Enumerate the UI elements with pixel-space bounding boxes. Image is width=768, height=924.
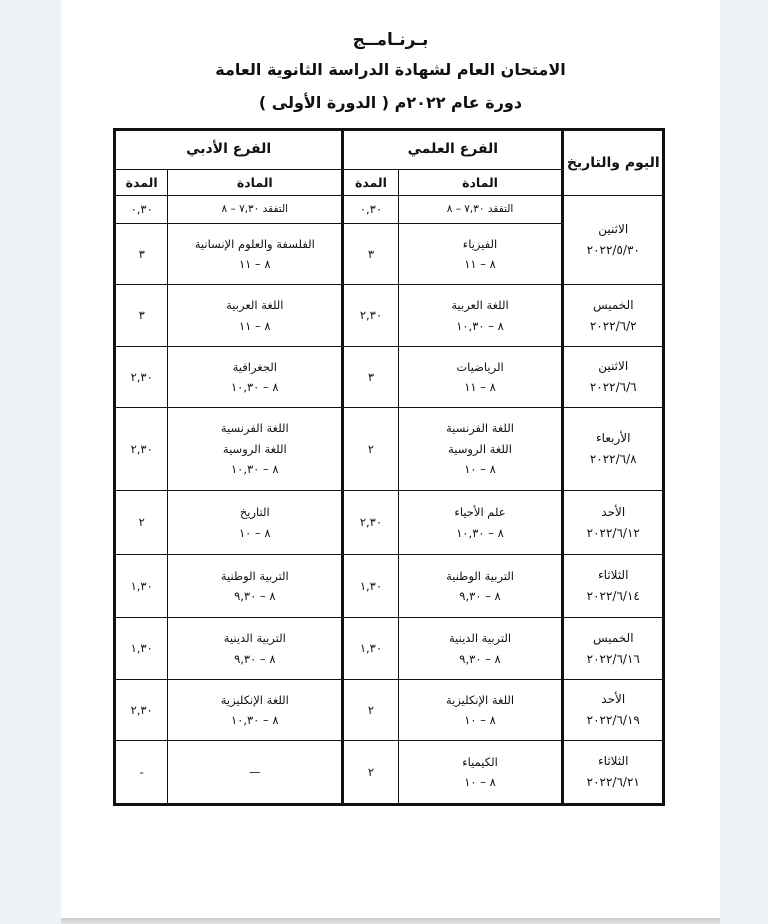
science-duration-cell: ٢	[343, 408, 398, 491]
table-row: الثلاثاء٢٠٢٢/٦/٢١الكيمياء٨ – ١٠٢—-	[115, 741, 664, 805]
science-check-in-duration: ٠,٣٠	[343, 196, 398, 224]
literary-check-in-duration: ٠,٣٠	[115, 196, 168, 224]
day-cell: الأربعاء٢٠٢٢/٦/٨	[563, 408, 664, 491]
literary-subject-cell: اللغة العربية٨ – ١١	[168, 285, 343, 347]
science-duration-cell: ٢,٣٠	[343, 285, 398, 347]
day-cell: الخميس٢٠٢٢/٦/١٦	[563, 618, 664, 680]
day-date: ٢٠٢٢/٦/٢١	[564, 775, 662, 790]
science-subject-cell: اللغة العربية٨ – ١٠,٣٠	[398, 285, 563, 347]
literary-subject-cell: التربية الوطنية٨ – ٩,٣٠	[168, 555, 343, 618]
day-name: الأحد	[564, 505, 662, 520]
literary-subject-name: اللغة الفرنسية	[168, 421, 341, 435]
document-subtitle: الامتحان العام لشهادة الدراسة الثانوية ا…	[61, 60, 720, 79]
literary-subject-name: التربية الدينية	[168, 631, 341, 645]
science-subject-cell: الفيزياء٨ – ١١	[398, 224, 563, 285]
day-name: الاثنين	[564, 222, 662, 237]
document-session: دورة عام ٢٠٢٢م ( الدورة الأولى )	[61, 93, 720, 112]
exam-schedule-table: اليوم والتاريخ الفرع العلمي الفرع الأدبي…	[113, 128, 665, 806]
science-exam-time: ٨ – ٩,٣٠	[399, 589, 562, 603]
literary-exam-time: ٨ – ١٠,٣٠	[168, 713, 341, 727]
table-row: الأحد٢٠٢٢/٦/١٩اللغة الإنكليزية٨ – ١٠٢الل…	[115, 680, 664, 741]
science-exam-time: ٨ – ٩,٣٠	[399, 652, 562, 666]
science-subject-name: التربية الوطنية	[399, 569, 562, 583]
table-row: الثلاثاء٢٠٢٢/٦/١٤التربية الوطنية٨ – ٩,٣٠…	[115, 555, 664, 618]
literary-subject-name: —	[168, 765, 341, 779]
day-cell: الثلاثاء٢٠٢٢/٦/٢١	[563, 741, 664, 805]
literary-duration-cell: ١,٣٠	[115, 618, 168, 680]
literary-subject-name: اللغة العربية	[168, 298, 341, 312]
science-subject-cell: اللغة الفرنسيةاللغة الروسية٨ – ١٠	[398, 408, 563, 491]
literary-subject-cell: التاريخ٨ – ١٠	[168, 491, 343, 555]
day-date: ٢٠٢٢/٦/١٩	[564, 713, 662, 728]
science-subject-cell: اللغة الإنكليزية٨ – ١٠	[398, 680, 563, 741]
literary-subject-name-alt: اللغة الروسية	[168, 442, 341, 456]
day-name: الأربعاء	[564, 431, 662, 446]
science-subject-name: التربية الدينية	[399, 631, 562, 645]
day-name: الاثنين	[564, 359, 662, 374]
science-duration-cell: ١,٣٠	[343, 618, 398, 680]
day-name: الأحد	[564, 692, 662, 707]
table-row: الخميس٢٠٢٢/٦/١٦التربية الدينية٨ – ٩,٣٠١,…	[115, 618, 664, 680]
science-subject-cell: الرياضيات٨ – ١١	[398, 347, 563, 408]
science-exam-time: ٨ – ١٠	[399, 713, 562, 727]
science-exam-time: ٨ – ١١	[399, 257, 562, 271]
table-row: الأربعاء٢٠٢٢/٦/٨اللغة الفرنسيةاللغة الرو…	[115, 408, 664, 491]
science-duration-cell: ١,٣٠	[343, 555, 398, 618]
literary-duration-cell: ١,٣٠	[115, 555, 168, 618]
literary-duration-cell: ٢	[115, 491, 168, 555]
day-cell: الاثنين ٢٠٢٢/٥/٣٠	[563, 196, 664, 285]
science-subject-name: اللغة العربية	[399, 298, 562, 312]
literary-subject-cell: —	[168, 741, 343, 805]
day-name: الثلاثاء	[564, 754, 662, 769]
literary-subject-name: الجغرافية	[168, 360, 341, 374]
science-subject-cell: الكيمياء٨ – ١٠	[398, 741, 563, 805]
literary-exam-time: ٨ – ١١	[168, 257, 341, 271]
science-check-in: التفقد ٧,٣٠ – ٨	[398, 196, 563, 224]
day-cell: الخميس٢٠٢٢/٦/٢	[563, 285, 664, 347]
literary-exam-time: ٨ – ١٠	[168, 526, 341, 540]
science-subject-name: اللغة الفرنسية	[399, 421, 562, 435]
science-exam-time: ٨ – ١٠,٣٠	[399, 319, 562, 333]
literary-duration-cell: ٢,٣٠	[115, 347, 168, 408]
literary-exam-time: ٨ – ٩,٣٠	[168, 652, 341, 666]
science-duration-cell: ٢	[343, 680, 398, 741]
literary-exam-time: ٨ – ١٠,٣٠	[168, 462, 341, 476]
literary-subject-cell: الجغرافية٨ – ١٠,٣٠	[168, 347, 343, 408]
science-subject-name-alt: اللغة الروسية	[399, 442, 562, 456]
science-subject-cell: علم الأحياء٨ – ١٠,٣٠	[398, 491, 563, 555]
day-cell: الاثنين٢٠٢٢/٦/٦	[563, 347, 664, 408]
science-exam-time: ٨ – ١١	[399, 380, 562, 394]
header-science-branch: الفرع العلمي	[343, 130, 563, 170]
day-date: ٢٠٢٢/٦/٦	[564, 380, 662, 395]
header-day-date: اليوم والتاريخ	[563, 130, 664, 196]
literary-duration-cell: ٣	[115, 285, 168, 347]
literary-duration-cell: -	[115, 741, 168, 805]
table-row: الأحد٢٠٢٢/٦/١٢علم الأحياء٨ – ١٠,٣٠٢,٣٠ال…	[115, 491, 664, 555]
literary-subject-cell: اللغة الإنكليزية٨ – ١٠,٣٠	[168, 680, 343, 741]
document-title: بـرنـامــج	[61, 30, 720, 50]
literary-duration-cell: ٢,٣٠	[115, 408, 168, 491]
header-literary-branch: الفرع الأدبي	[115, 130, 343, 170]
literary-exam-time: ٨ – ١٠,٣٠	[168, 380, 341, 394]
science-duration-cell: ٣	[343, 347, 398, 408]
day-cell: الثلاثاء٢٠٢٢/٦/١٤	[563, 555, 664, 618]
literary-check-in: التفقد ٧,٣٠ – ٨	[168, 196, 343, 224]
science-exam-time: ٨ – ١٠	[399, 462, 562, 476]
science-subject-cell: التربية الوطنية٨ – ٩,٣٠	[398, 555, 563, 618]
literary-subject-cell: التربية الدينية٨ – ٩,٣٠	[168, 618, 343, 680]
literary-duration-cell: ٢,٣٠	[115, 680, 168, 741]
day-cell: الأحد٢٠٢٢/٦/١٢	[563, 491, 664, 555]
science-subject-name: الفيزياء	[399, 237, 562, 251]
literary-duration-cell: ٣	[115, 224, 168, 285]
literary-subject-name: اللغة الإنكليزية	[168, 693, 341, 707]
science-subject-name: الكيمياء	[399, 755, 562, 769]
header-science-subject: المادة	[398, 170, 563, 196]
literary-subject-name: الفلسفة والعلوم الإنسانية	[168, 237, 341, 251]
day-date: ٢٠٢٢/٦/٨	[564, 452, 662, 467]
literary-exam-time: ٨ – ١١	[168, 319, 341, 333]
day-name: الخميس	[564, 631, 662, 646]
table-row: الخميس٢٠٢٢/٦/٢اللغة العربية٨ – ١٠,٣٠٢,٣٠…	[115, 285, 664, 347]
literary-subject-name: التربية الوطنية	[168, 569, 341, 583]
day-date: ٢٠٢٢/٥/٣٠	[564, 243, 662, 258]
day-date: ٢٠٢٢/٦/١٦	[564, 652, 662, 667]
science-exam-time: ٨ – ١٠,٣٠	[399, 526, 562, 540]
science-subject-name: علم الأحياء	[399, 505, 562, 519]
science-subject-cell: التربية الدينية٨ – ٩,٣٠	[398, 618, 563, 680]
science-duration-cell: ٢	[343, 741, 398, 805]
science-subject-name: الرياضيات	[399, 360, 562, 374]
science-duration-cell: ٢,٣٠	[343, 491, 398, 555]
table-row: الاثنين٢٠٢٢/٦/٦الرياضيات٨ – ١١٣الجغرافية…	[115, 347, 664, 408]
day-name: الثلاثاء	[564, 568, 662, 583]
literary-subject-cell: اللغة الفرنسيةاللغة الروسية٨ – ١٠,٣٠	[168, 408, 343, 491]
day-date: ٢٠٢٢/٦/١٤	[564, 589, 662, 604]
check-in-row: الاثنين ٢٠٢٢/٥/٣٠ التفقد ٧,٣٠ – ٨ ٠,٣٠ ا…	[115, 196, 664, 224]
science-exam-time: ٨ – ١٠	[399, 775, 562, 789]
literary-subject-cell: الفلسفة والعلوم الإنسانية٨ – ١١	[168, 224, 343, 285]
day-date: ٢٠٢٢/٦/١٢	[564, 526, 662, 541]
page-edge-shadow	[61, 918, 720, 924]
literary-exam-time: ٨ – ٩,٣٠	[168, 589, 341, 603]
header-literary-subject: المادة	[168, 170, 343, 196]
header-science-duration: المدة	[343, 170, 398, 196]
header-literary-duration: المدة	[115, 170, 168, 196]
day-cell: الأحد٢٠٢٢/٦/١٩	[563, 680, 664, 741]
day-name: الخميس	[564, 298, 662, 313]
literary-subject-name: التاريخ	[168, 505, 341, 519]
science-duration-cell: ٣	[343, 224, 398, 285]
day-date: ٢٠٢٢/٦/٢	[564, 319, 662, 334]
science-subject-name: اللغة الإنكليزية	[399, 693, 562, 707]
